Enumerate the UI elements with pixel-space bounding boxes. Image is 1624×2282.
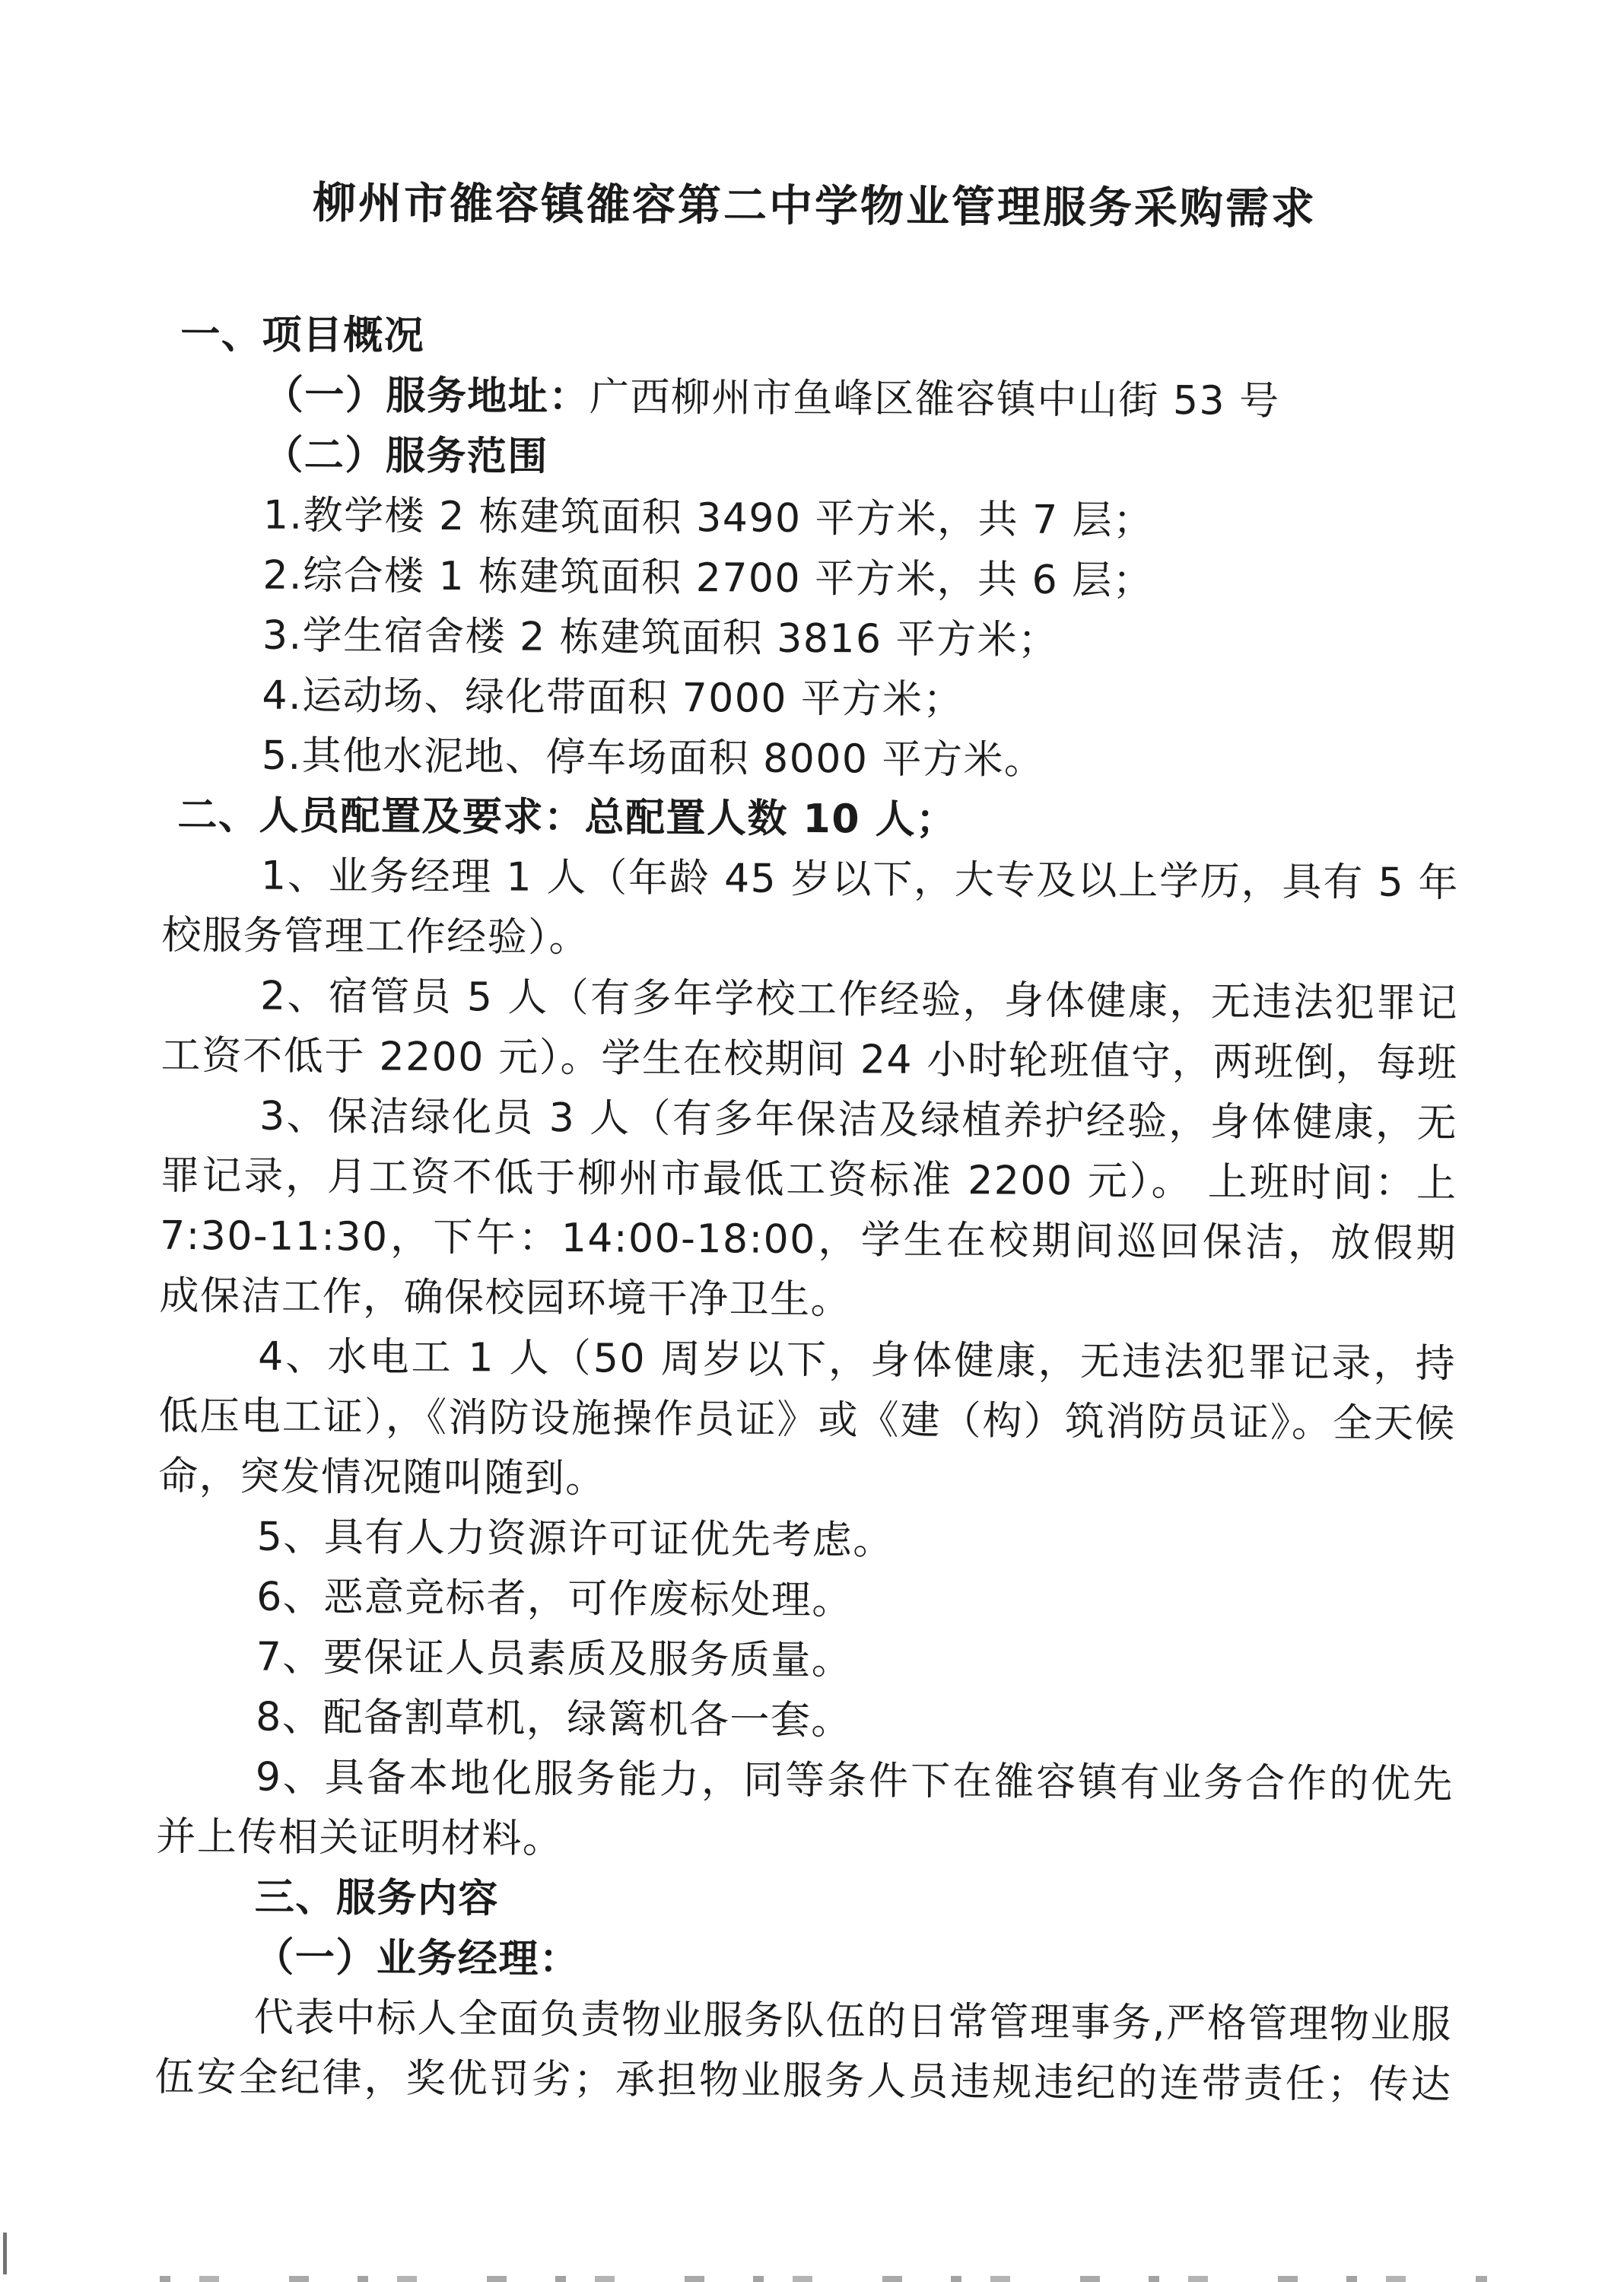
section-heading-staffing: 二、人员配置及要求：总配置人数 10 人； [162, 786, 1459, 853]
staff-item-electrician-line3: 命，突发情况随叫随到。 [158, 1447, 1455, 1514]
manager-duty-paragraph-line1: 代表中标人全面负责物业服务队伍的日常管理事务,严格管理物业服务队 [155, 1988, 1452, 2055]
document-body: 一、项目概况 （一）服务地址：广西柳州市鱼峰区雒容镇中山街 53 号 （二）服务… [154, 305, 1462, 2115]
service-address-value: 广西柳州市鱼峰区雒容镇中山街 53 号 [590, 374, 1280, 424]
service-address-line: （一）服务地址：广西柳州市鱼峰区雒容镇中山街 53 号 [165, 365, 1462, 433]
staff-item-localization-line1: 9、具备本地化服务能力，同等条件下在雒容镇有业务合作的优先考虑， [157, 1747, 1454, 1815]
scope-item-complex-building: 2.综合楼 1 栋建筑面积 2700 平方米，共 6 层； [164, 545, 1460, 613]
staff-item-electrician-line1: 4、水电工 1 人（50 周岁以下，身体健康，无违法犯罪记录，持有高压、 [159, 1327, 1456, 1394]
service-address-label: （一）服务地址： [264, 373, 590, 421]
staff-item-hr-license: 5、具有人力资源许可证优先考虑。 [157, 1507, 1454, 1575]
staff-item-dorm-keeper-line1: 2、宿管员 5 人（有多年学校工作经验，身体健康，无违法犯罪记录，月 [161, 966, 1458, 1034]
staff-item-equipment: 8、配备割草机，绿篱机各一套。 [157, 1687, 1454, 1755]
scope-item-sports-field: 4.运动场、绿化带面积 7000 平方米； [163, 666, 1460, 733]
section-heading-project-overview: 一、项目概况 [165, 305, 1462, 373]
scope-item-teaching-building: 1.教学楼 2 栋建筑面积 3490 平方米，共 7 层； [164, 485, 1461, 553]
document-page: 柳州市雒容镇雒容第二中学物业管理服务采购需求 一、项目概况 （一）服务地址：广西… [0, 0, 1624, 2282]
staff-item-malicious-bid: 6、恶意竞标者，可作废标处理。 [157, 1567, 1454, 1635]
staff-item-manager-line2: 校服务管理工作经验）。 [161, 906, 1458, 974]
staff-item-cleaner-line2: 罪记录，月工资不低于柳州市最低工资标准 2200 元）。 上班时间：上午： [160, 1146, 1457, 1214]
staff-item-localization-line2: 并上传相关证明材料。 [156, 1807, 1453, 1875]
document-content: 柳州市雒容镇雒容第二中学物业管理服务采购需求 一、项目概况 （一）服务地址：广西… [154, 0, 1464, 2115]
staff-item-quality: 7、要保证人员素质及服务质量。 [157, 1627, 1454, 1695]
scope-item-cement-parking: 5.其他水泥地、停车场面积 8000 平方米。 [163, 726, 1460, 793]
bottom-cutoff-text-artifact [160, 2276, 1487, 2282]
staff-item-cleaner-line1: 3、保洁绿化员 3 人（有多年保洁及绿植养护经验，身体健康，无违法犯 [160, 1086, 1457, 1154]
section-heading-service-content: 三、服务内容 [156, 1867, 1453, 1935]
scope-item-dormitory: 3.学生宿舍楼 2 栋建筑面积 3816 平方米； [164, 605, 1460, 673]
staff-item-dorm-keeper-line2: 工资不低于 2200 元）。学生在校期间 24 小时轮班值守，两班倒，每班 2 … [160, 1026, 1457, 1094]
document-title: 柳州市雒容镇雒容第二中学物业管理服务采购需求 [166, 177, 1463, 235]
staff-item-electrician-line2: 低压电工证），《消防设施操作员证》或《建（构）筑消防员证》。全天候待 [158, 1387, 1455, 1454]
left-edge-scan-artifact [3, 2233, 7, 2274]
manager-duty-paragraph-line2: 伍安全纪律，奖优罚劣；承担物业服务人员违规违纪的连带责任；传达落实学 [154, 2048, 1451, 2115]
staff-item-cleaner-line3: 7:30-11:30，下午：14:00-18:00，学生在校期间巡回保洁，放假期… [160, 1206, 1457, 1274]
staff-item-cleaner-line4: 成保洁工作，确保校园环境干净卫生。 [159, 1267, 1456, 1334]
subsection-heading-service-scope: （二）服务范围 [164, 425, 1461, 493]
staff-item-manager-line1: 1、业务经理 1 人（年龄 45 岁以下，大专及以上学历，具有 5 年以上学 [162, 846, 1459, 914]
subsection-heading-business-manager: （一）业务经理： [155, 1928, 1452, 1995]
